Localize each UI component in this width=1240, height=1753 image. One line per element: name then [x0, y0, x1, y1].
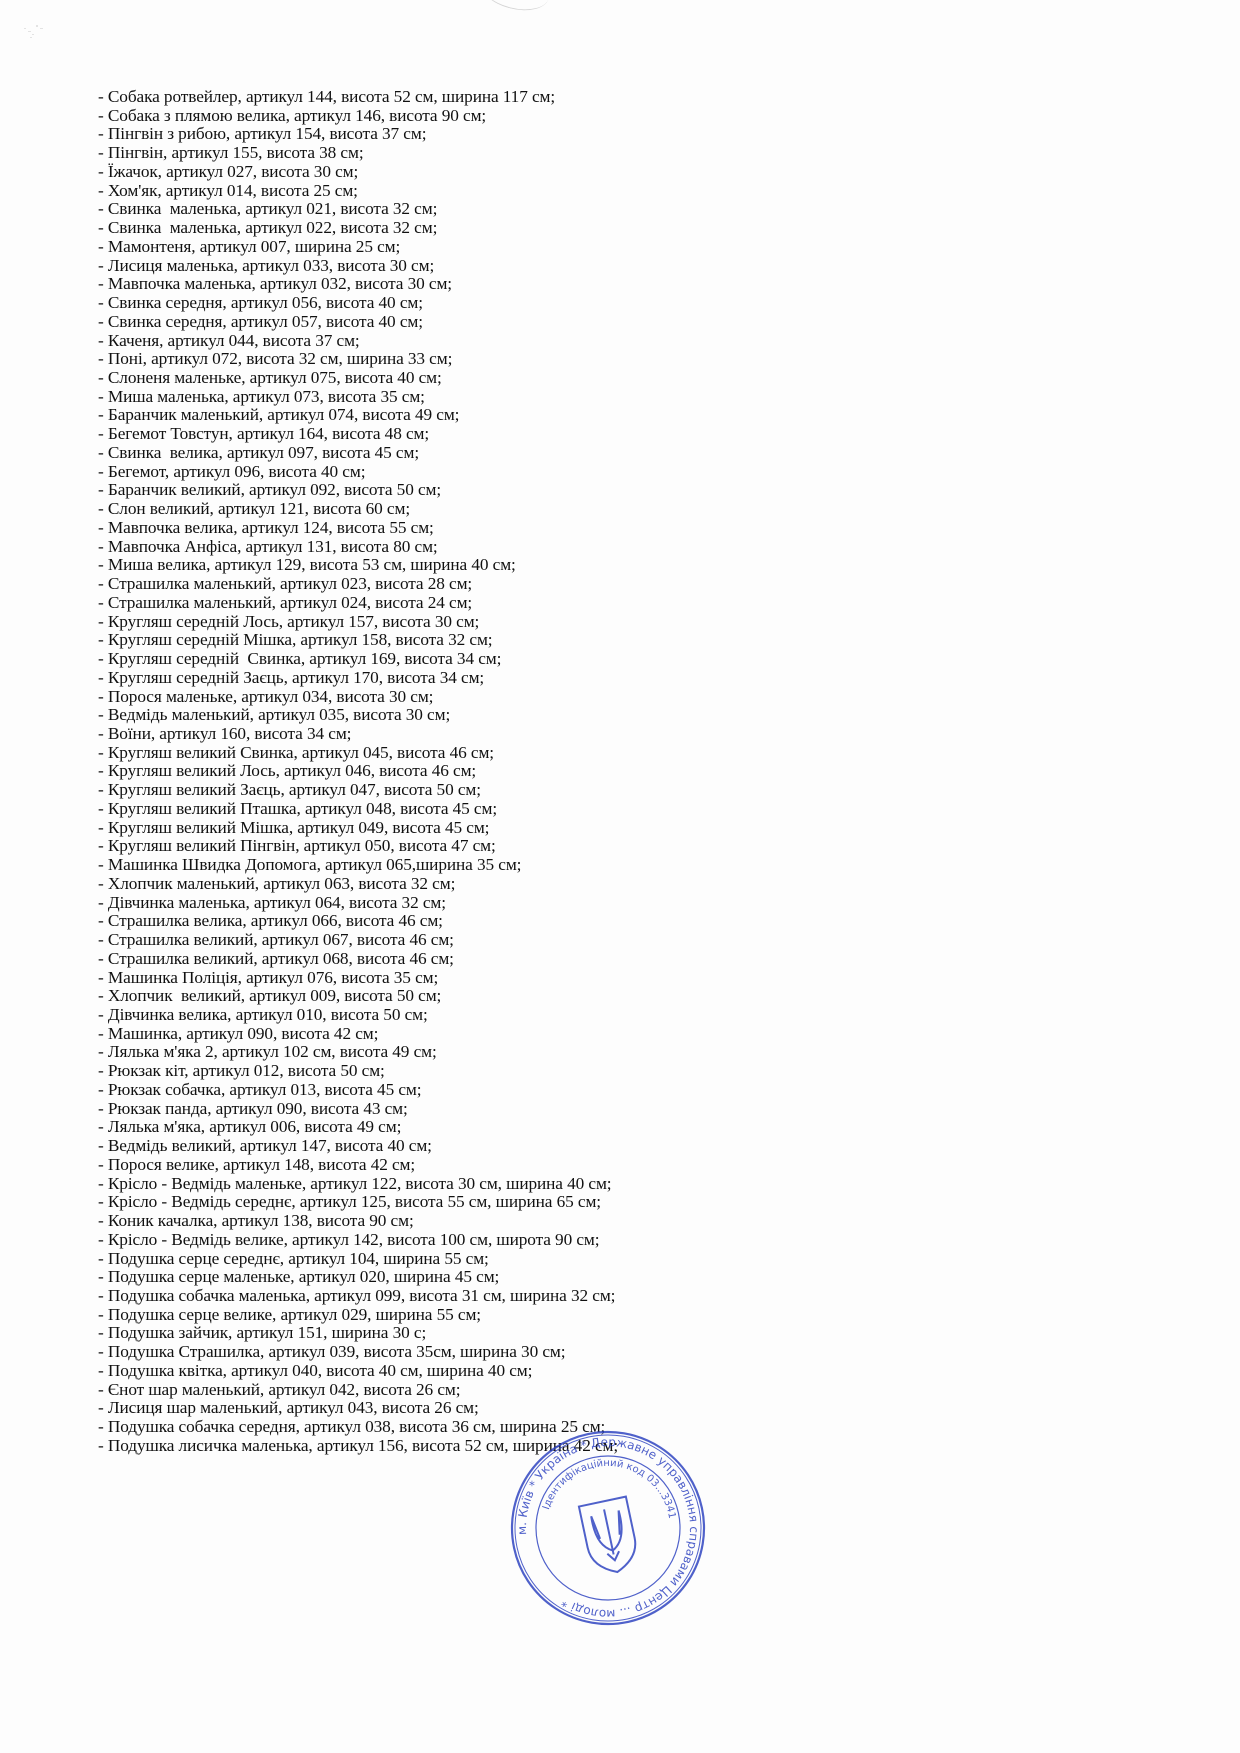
list-item: - Свинка середня, артикул 057, висота 40… — [98, 313, 618, 332]
list-item: - Рюкзак кіт, артикул 012, висота 50 см; — [98, 1062, 618, 1081]
list-item: - Рюкзак собачка, артикул 013, висота 45… — [98, 1081, 618, 1100]
list-item: - Страшилка маленький, артикул 023, висо… — [98, 575, 618, 594]
list-item: - Хом'як, артикул 014, висота 25 см; — [98, 182, 618, 201]
list-item: - Машинка Швидка Допомога, артикул 065,ш… — [98, 856, 618, 875]
list-item: - Миша маленька, артикул 073, висота 35 … — [98, 388, 618, 407]
list-item: - Крісло - Ведмідь велике, артикул 142, … — [98, 1231, 618, 1250]
scanned-page: - Собака ротвейлер, артикул 144, висота … — [0, 0, 1240, 1753]
list-item: - Кругляш середній Мішка, артикул 158, в… — [98, 631, 618, 650]
list-item: - Слоненя маленьке, артикул 075, висота … — [98, 369, 618, 388]
list-item: - Каченя, артикул 044, висота 37 см; — [98, 332, 618, 351]
list-item: - Подушка серце маленьке, артикул 020, ш… — [98, 1268, 618, 1287]
list-item: - Лисиця шар маленький, артикул 043, вис… — [98, 1399, 618, 1418]
list-item: - Кругляш середній Лось, артикул 157, ви… — [98, 613, 618, 632]
list-item: - Миша велика, артикул 129, висота 53 см… — [98, 556, 618, 575]
list-item: - Баранчик великий, артикул 092, висота … — [98, 481, 618, 500]
list-item: - Порося велике, артикул 148, висота 42 … — [98, 1156, 618, 1175]
list-item: - Дівчинка велика, артикул 010, висота 5… — [98, 1006, 618, 1025]
list-item: - Мавпочка Анфіса, артикул 131, висота 8… — [98, 538, 618, 557]
list-item: - Подушка лисичка маленька, артикул 156,… — [98, 1437, 618, 1456]
list-item: - Свинка велика, артикул 097, висота 45 … — [98, 444, 618, 463]
list-item: - Кругляш великий Заєць, артикул 047, ви… — [98, 781, 618, 800]
list-item: - Свинка маленька, артикул 021, висота 3… — [98, 200, 618, 219]
list-item: - Мавпочка маленька, артикул 032, висота… — [98, 275, 618, 294]
list-item: - Кругляш великий Пташка, артикул 048, в… — [98, 800, 618, 819]
list-item: - Порося маленьке, артикул 034, висота 3… — [98, 688, 618, 707]
list-item: - Ведмідь маленький, артикул 035, висота… — [98, 706, 618, 725]
list-item: - Страшилка великий, артикул 068, висота… — [98, 950, 618, 969]
list-item: - Машинка Поліція, артикул 076, висота 3… — [98, 969, 618, 988]
list-item: - Їжачок, артикул 027, висота 30 см; — [98, 163, 618, 182]
list-item: - Хлопчик маленький, артикул 063, висота… — [98, 875, 618, 894]
list-item: - Пінгвін, артикул 155, висота 38 см; — [98, 144, 618, 163]
list-item: - Слон великий, артикул 121, висота 60 с… — [98, 500, 618, 519]
scan-artifact — [476, 0, 553, 17]
list-item: - Рюкзак панда, артикул 090, висота 43 с… — [98, 1100, 618, 1119]
list-item: - Подушка серце середнє, артикул 104, ши… — [98, 1250, 618, 1269]
list-item: - Страшилка маленький, артикул 024, висо… — [98, 594, 618, 613]
list-item: - Мамонтеня, артикул 007, ширина 25 см; — [98, 238, 618, 257]
product-list: - Собака ротвейлер, артикул 144, висота … — [98, 88, 618, 1456]
list-item: - Воїни, артикул 160, висота 34 см; — [98, 725, 618, 744]
list-item: - Кругляш середній Заєць, артикул 170, в… — [98, 669, 618, 688]
list-item: - Ведмідь великий, артикул 147, висота 4… — [98, 1137, 618, 1156]
list-item: - Поні, артикул 072, висота 32 см, ширин… — [98, 350, 618, 369]
list-item: - Хлопчик великий, артикул 009, висота 5… — [98, 987, 618, 1006]
trident-emblem-icon — [579, 1497, 641, 1577]
list-item: - Страшилка великий, артикул 067, висота… — [98, 931, 618, 950]
list-item: - Кругляш великий Пінгвін, артикул 050, … — [98, 837, 618, 856]
list-item: - Дівчинка маленька, артикул 064, висота… — [98, 894, 618, 913]
list-item: - Пінгвін з рибою, артикул 154, висота 3… — [98, 125, 618, 144]
list-item: - Подушка Страшилка, артикул 039, висота… — [98, 1343, 618, 1362]
list-item: - Кругляш великий Свинка, артикул 045, в… — [98, 744, 618, 763]
list-item: - Страшилка велика, артикул 066, висота … — [98, 912, 618, 931]
list-item: - Собака з плямою велика, артикул 146, в… — [98, 107, 618, 126]
list-item: - Єнот шар маленький, артикул 042, висот… — [98, 1381, 618, 1400]
list-item: - Подушка собачка середня, артикул 038, … — [98, 1418, 618, 1437]
list-item: - Собака ротвейлер, артикул 144, висота … — [98, 88, 618, 107]
list-item: - Свинка середня, артикул 056, висота 40… — [98, 294, 618, 313]
list-item: - Бегемот, артикул 096, висота 40 см; — [98, 463, 618, 482]
list-item: - Подушка квітка, артикул 040, висота 40… — [98, 1362, 618, 1381]
list-item: - Мавпочка велика, артикул 124, висота 5… — [98, 519, 618, 538]
list-item: - Бегемот Товстун, артикул 164, висота 4… — [98, 425, 618, 444]
list-item: - Баранчик маленький, артикул 074, висот… — [98, 406, 618, 425]
list-item: - Подушка собачка маленька, артикул 099,… — [98, 1287, 618, 1306]
stamp-inner-text: Ідентифікаційний код 03...3341 — [533, 1444, 677, 1545]
list-item: - Свинка маленька, артикул 022, висота 3… — [98, 219, 618, 238]
list-item: - Крісло - Ведмідь середнє, артикул 125,… — [98, 1193, 618, 1212]
scan-noise-mark — [22, 22, 62, 46]
svg-text:Ідентифікаційний код 03...3341: Ідентифікаційний код 03...3341 — [533, 1444, 677, 1545]
list-item: - Подушка серце велике, артикул 029, шир… — [98, 1306, 618, 1325]
list-item: - Лялька м'яка, артикул 006, висота 49 с… — [98, 1118, 618, 1137]
list-item: - Кругляш середній Свинка, артикул 169, … — [98, 650, 618, 669]
list-item: - Лисиця маленька, артикул 033, висота 3… — [98, 257, 618, 276]
list-item: - Коник качалка, артикул 138, висота 90 … — [98, 1212, 618, 1231]
list-item: - Подушка зайчик, артикул 151, ширина 30… — [98, 1324, 618, 1343]
list-item: - Крісло - Ведмідь маленьке, артикул 122… — [98, 1175, 618, 1194]
list-item: - Лялька м'яка 2, артикул 102 см, висота… — [98, 1043, 618, 1062]
list-item: - Кругляш великий Лось, артикул 046, вис… — [98, 762, 618, 781]
list-item: - Кругляш великий Мішка, артикул 049, ви… — [98, 819, 618, 838]
list-item: - Машинка, артикул 090, висота 42 см; — [98, 1025, 618, 1044]
